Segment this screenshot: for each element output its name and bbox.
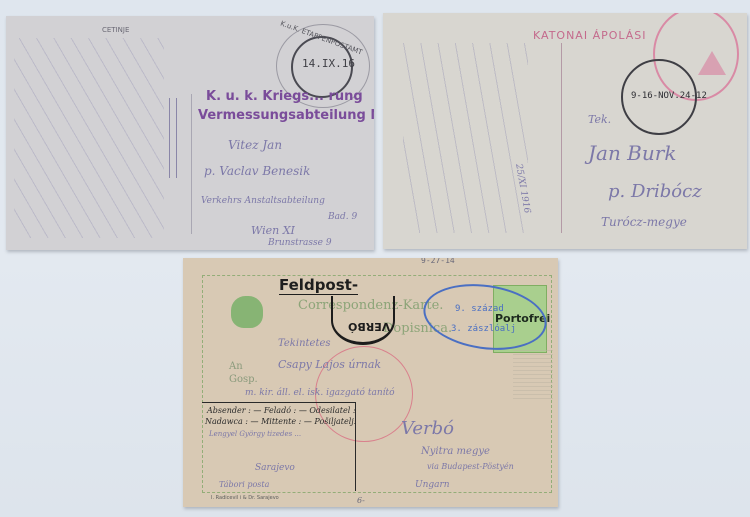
address-line: Verkehrs Anstaltsabteilung	[201, 196, 325, 206]
postmark-date: 9-16-NOV.24-12	[631, 91, 707, 101]
divider-ornament	[169, 98, 177, 178]
pencil-note: 9-27-14	[421, 258, 455, 265]
recipient-title: m. kir. áll. el. isk. igazgató tanító	[245, 388, 395, 398]
label-gosp: Gosp.	[229, 374, 258, 385]
blue-stamp-line1: 9. század	[455, 304, 504, 314]
sender-label-row2: Nadawca : — Mittente : — Pošiljatelj:	[205, 417, 356, 426]
postcard-bottom: 9-27-14 Feldpost- Correspondenz-Karte. D…	[183, 258, 558, 507]
recipient-country: Ungarn	[415, 480, 450, 490]
red-triangle-icon	[698, 51, 726, 75]
black-postmark-text: VERBÓ	[348, 320, 390, 333]
address-line: Brunstrasse 9	[268, 238, 332, 248]
postmark-date: 14.IX.16	[302, 57, 355, 70]
postcard-right-top: KATONAI ÁPOLÁSI 9-16-NOV.24-12 Tek. Jan …	[383, 13, 747, 249]
address-prefix: Tek.	[588, 113, 611, 126]
printer-line: I. Radicevil i & Dr. Sarajevo	[211, 495, 279, 501]
red-line-stamp: KATONAI ÁPOLÁSI	[533, 29, 647, 42]
corner-place-text: CETINJE	[102, 26, 129, 34]
handwritten-message	[403, 43, 528, 233]
address-line: p. Vaclav Benesik	[204, 164, 310, 178]
address-line: Vitez Jan	[228, 138, 282, 152]
margin-note: 6-	[357, 496, 365, 505]
recipient-town: p. Dribócz	[608, 181, 702, 202]
recipient-name: Jan Burk	[588, 141, 676, 165]
recipient-prefix: Tekintetes	[278, 338, 331, 349]
postcard-left-top: CETINJE K.u.K. ETAPPENPOSTAMT 14.IX.16 K…	[6, 16, 374, 250]
blue-stamp-line2: 3. zászlóalj	[451, 324, 516, 334]
label-an: An	[229, 361, 243, 372]
recipient-county: Turócz-megye	[601, 215, 687, 229]
purple-stamp-line2: Vermessungsabteilung Nr. 2	[198, 108, 374, 123]
card-divider	[191, 94, 192, 234]
recipient-name: Csapy Lajos úrnak	[278, 358, 381, 371]
tabori-posta: Tábori posta	[219, 480, 269, 489]
double-eagle-icon	[231, 296, 263, 328]
recipient-town: Verbó	[401, 418, 454, 439]
cancellation-lines	[513, 350, 553, 400]
handwritten-message	[14, 38, 164, 238]
sender-label-row1: Absender : — Feladó : — Odesilatel :	[207, 406, 356, 415]
sender-place: Sarajevo	[255, 463, 295, 473]
sender-text: Lengyel György tizedes ...	[209, 430, 301, 438]
sender-box	[202, 402, 356, 491]
card-divider	[561, 43, 562, 233]
purple-stamp-line1: K. u. k. Kriegs... rung	[206, 89, 363, 104]
recipient-route: via Budapest-Pöstyén	[427, 462, 514, 471]
card-header: Feldpost-	[279, 276, 358, 295]
address-line: Wien XI	[251, 224, 295, 237]
recipient-county: Nyitra megye	[421, 446, 490, 457]
address-line: Bad. 9	[328, 212, 357, 222]
